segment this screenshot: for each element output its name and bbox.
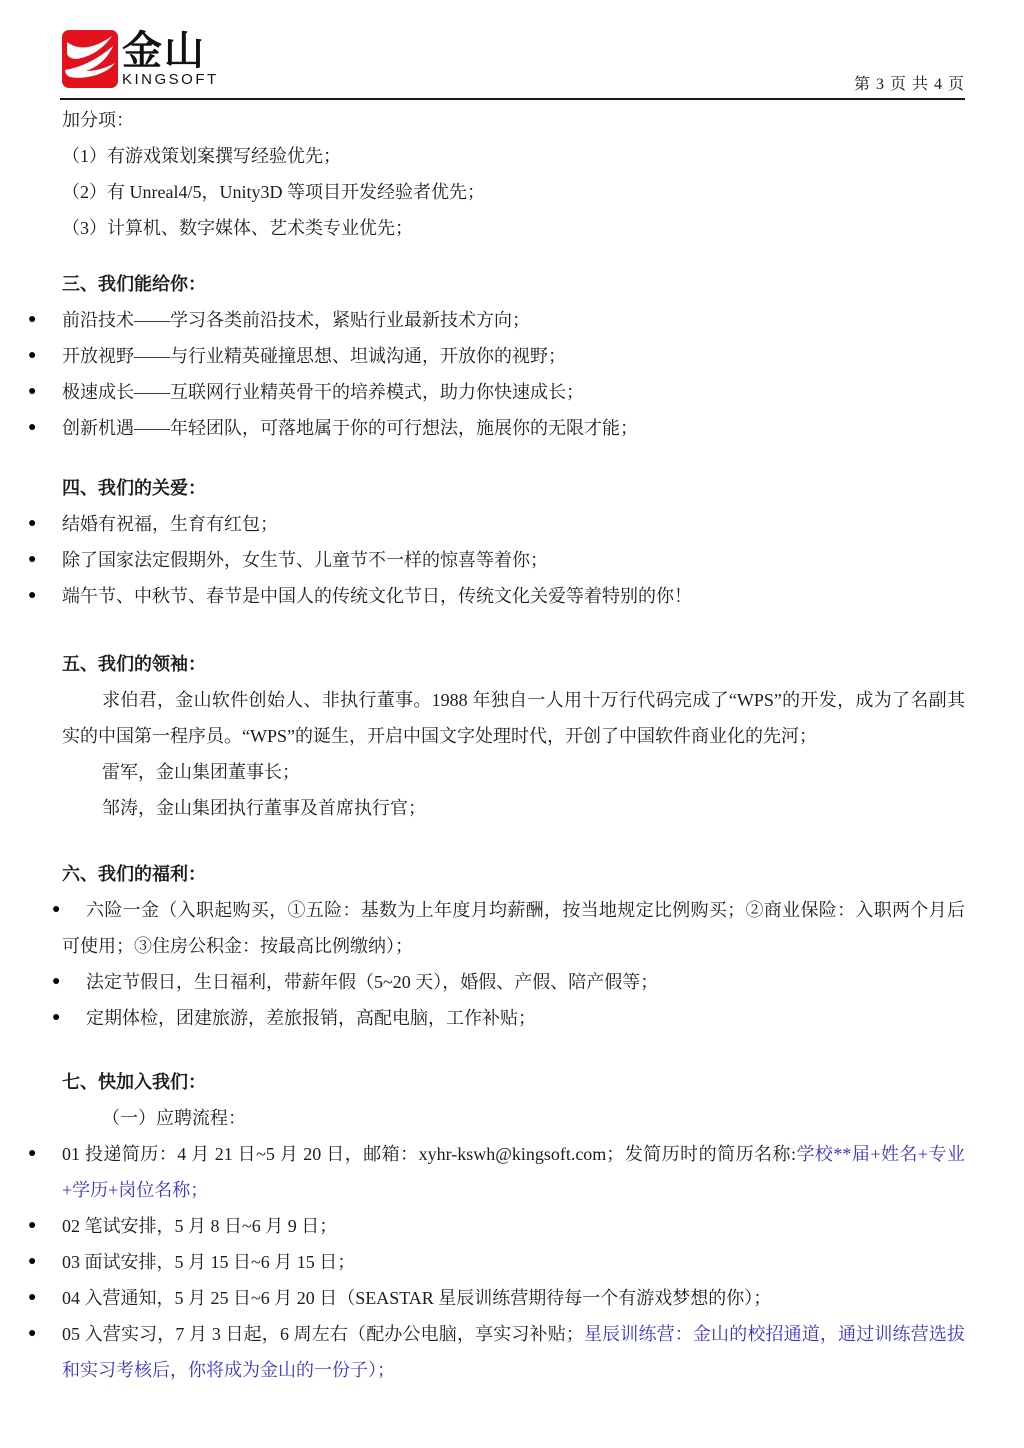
- step-text: 02 笔试安排，5 月 8 日~6 月 9 日；: [62, 1216, 337, 1236]
- leader-paragraph: 雷军，金山集团董事长；: [62, 754, 965, 790]
- bullet-icon: ●: [28, 1208, 36, 1244]
- section-our-care: 四、我们的关爱： ● 结婚有祝福，生育有红包； ● 除了国家法定假期外，女生节、…: [62, 470, 965, 614]
- section-title: 五、我们的领袖：: [62, 646, 965, 682]
- apply-step: ● 02 笔试安排，5 月 8 日~6 月 9 日；: [62, 1208, 965, 1244]
- section-title: 七、快加入我们：: [62, 1064, 965, 1100]
- document-page: 金山 KINGSOFT 第 3 页 共 4 页 加分项： （1）有游戏策划案撰写…: [0, 0, 1024, 1448]
- intro-item: （1）有游戏策划案撰写经验优先；: [62, 138, 965, 174]
- section-what-we-give: 三、我们能给你： ● 前沿技术——学习各类前沿技术，紧贴行业最新技术方向； ● …: [62, 266, 965, 446]
- bullet-icon: ●: [28, 1000, 60, 1036]
- section-our-benefits: 六、我们的福利： ● 六险一金（入职起购买，①五险：基数为上年度月均薪酬，按当地…: [62, 856, 965, 1036]
- bullet-icon: ●: [28, 542, 36, 578]
- bullet-icon: ●: [28, 1136, 36, 1172]
- list-item-text: 结婚有祝福，生育有红包；: [62, 514, 278, 534]
- section-subtitle: （一）应聘流程：: [62, 1100, 965, 1136]
- step-text: 03 面试安排，5 月 15 日~6 月 15 日；: [62, 1252, 355, 1272]
- leader-paragraph: 求伯君，金山软件创始人、非执行董事。1988 年独自一人用十万行代码完成了“WP…: [62, 682, 965, 754]
- list-item: ● 创新机遇——年轻团队，可落地属于你的可行想法，施展你的无限才能；: [62, 410, 965, 446]
- document-body: 加分项： （1）有游戏策划案撰写经验优先； （2）有 Unreal4/5，Uni…: [62, 100, 965, 1388]
- list-item: ● 除了国家法定假期外，女生节、儿童节不一样的惊喜等着你；: [62, 542, 965, 578]
- bullet-icon: ●: [28, 892, 60, 928]
- kingsoft-logo: 金山 KINGSOFT: [62, 30, 219, 88]
- bullet-icon: ●: [28, 1316, 36, 1352]
- list-item: ● 前沿技术——学习各类前沿技术，紧贴行业最新技术方向；: [62, 302, 965, 338]
- step-text: 01 投递简历：4 月 21 日~5 月 20 日，邮箱：xyhr-kswh@k…: [62, 1144, 796, 1164]
- step-text: 05 入营实习，7 月 3 日起，6 周左右（配办公电脑，享实习补贴；: [62, 1324, 584, 1344]
- list-item-text: 创新机遇——年轻团队，可落地属于你的可行想法，施展你的无限才能；: [62, 418, 638, 438]
- apply-step: ● 05 入营实习，7 月 3 日起，6 周左右（配办公电脑，享实习补贴；星辰训…: [62, 1316, 965, 1388]
- list-item-text: 定期体检，团建旅游，差旅报销，高配电脑，工作补贴；: [86, 1008, 536, 1028]
- apply-step: ● 04 入营通知，5 月 25 日~6 月 20 日（SEASTAR 星辰训练…: [62, 1280, 965, 1316]
- intro-item: （2）有 Unreal4/5，Unity3D 等项目开发经验者优先；: [62, 174, 965, 210]
- list-item: ● 法定节假日，生日福利，带薪年假（5~20 天），婚假、产假、陪产假等；: [62, 964, 965, 1000]
- bullet-icon: ●: [28, 410, 36, 446]
- list-item-text: 开放视野——与行业精英碰撞思想、坦诚沟通，开放你的视野；: [62, 346, 566, 366]
- list-item-text: 法定节假日，生日福利，带薪年假（5~20 天），婚假、产假、陪产假等；: [86, 972, 658, 992]
- list-item: ● 开放视野——与行业精英碰撞思想、坦诚沟通，开放你的视野；: [62, 338, 965, 374]
- bullet-icon: ●: [28, 1280, 36, 1316]
- list-item: ● 极速成长——互联网行业精英骨干的培养模式，助力你快速成长；: [62, 374, 965, 410]
- list-item-text: 极速成长——互联网行业精英骨干的培养模式，助力你快速成长；: [62, 382, 584, 402]
- section-title: 三、我们能给你：: [62, 266, 965, 302]
- leader-paragraph: 邹涛，金山集团执行董事及首席执行官；: [62, 790, 965, 826]
- section-our-leaders: 五、我们的领袖： 求伯君，金山软件创始人、非执行董事。1988 年独自一人用十万…: [62, 646, 965, 826]
- kingsoft-logo-text: 金山 KINGSOFT: [122, 30, 219, 88]
- bullet-icon: ●: [28, 302, 36, 338]
- list-item: ● 六险一金（入职起购买，①五险：基数为上年度月均薪酬，按当地规定比例购买；②商…: [62, 892, 965, 964]
- logo-brand-cn: 金山: [122, 30, 219, 72]
- bullet-icon: ●: [28, 964, 60, 1000]
- bullet-icon: ●: [28, 578, 36, 614]
- section-title: 四、我们的关爱：: [62, 470, 965, 506]
- intro-item: （3）计算机、数字媒体、艺术类专业优先；: [62, 210, 965, 246]
- bullet-icon: ●: [28, 374, 36, 410]
- list-item: ● 定期体检，团建旅游，差旅报销，高配电脑，工作补贴；: [62, 1000, 965, 1036]
- page-number: 第 3 页 共 4 页: [854, 71, 965, 94]
- list-item: ● 结婚有祝福，生育有红包；: [62, 506, 965, 542]
- bullet-icon: ●: [28, 338, 36, 374]
- list-item-text: 前沿技术——学习各类前沿技术，紧贴行业最新技术方向；: [62, 310, 530, 330]
- section-join-us: 七、快加入我们： （一）应聘流程： ● 01 投递简历：4 月 21 日~5 月…: [62, 1064, 965, 1388]
- page-header: 金山 KINGSOFT 第 3 页 共 4 页: [60, 0, 965, 100]
- list-item-text: 除了国家法定假期外，女生节、儿童节不一样的惊喜等着你；: [62, 550, 548, 570]
- apply-step: ● 03 面试安排，5 月 15 日~6 月 15 日；: [62, 1244, 965, 1280]
- logo-brand-en: KINGSOFT: [122, 72, 219, 88]
- step-text: 04 入营通知，5 月 25 日~6 月 20 日（SEASTAR 星辰训练营期…: [62, 1288, 771, 1308]
- bullet-icon: ●: [28, 506, 36, 542]
- list-item: ● 端午节、中秋节、春节是中国人的传统文化节日，传统文化关爱等着特别的你！: [62, 578, 965, 614]
- intro-title: 加分项：: [62, 102, 965, 138]
- section-title: 六、我们的福利：: [62, 856, 965, 892]
- kingsoft-logo-icon: [62, 30, 118, 88]
- list-item-text: 六险一金（入职起购买，①五险：基数为上年度月均薪酬，按当地规定比例购买；②商业保…: [62, 900, 965, 956]
- bullet-icon: ●: [28, 1244, 36, 1280]
- apply-step: ● 01 投递简历：4 月 21 日~5 月 20 日，邮箱：xyhr-kswh…: [62, 1136, 965, 1208]
- list-item-text: 端午节、中秋节、春节是中国人的传统文化节日，传统文化关爱等着特别的你！: [62, 586, 692, 606]
